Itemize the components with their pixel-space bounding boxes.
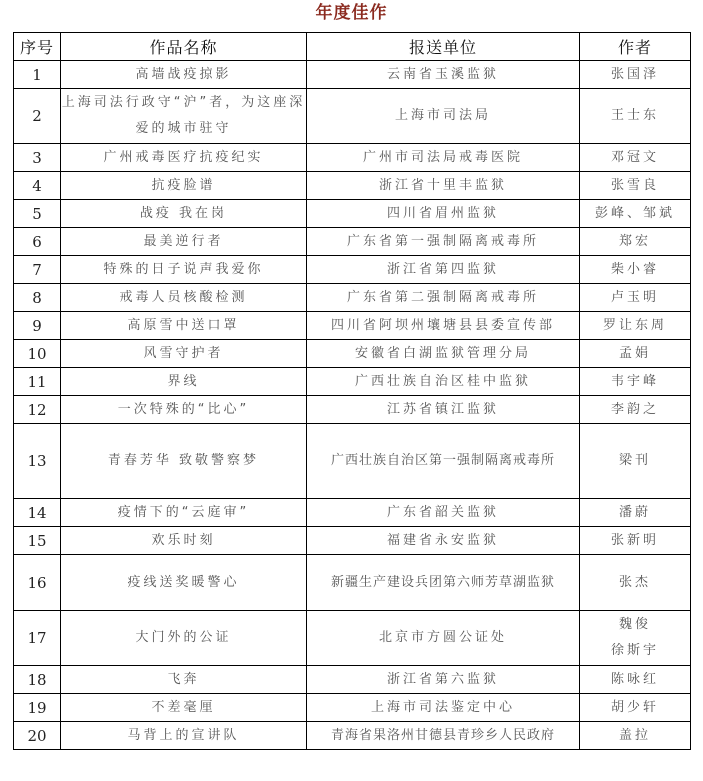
author-name-line: 魏俊 bbox=[580, 612, 690, 638]
cell-author: 李韵之 bbox=[580, 396, 691, 424]
cell-number: 7 bbox=[14, 256, 61, 284]
cell-submitting-unit: 广州市司法局戒毒医院 bbox=[307, 144, 580, 172]
cell-submitting-unit: 江苏省镇江监狱 bbox=[307, 396, 580, 424]
cell-author: 张新明 bbox=[580, 527, 691, 555]
cell-work-title: 马背上的宣讲队 bbox=[61, 722, 307, 750]
cell-submitting-unit: 青海省果洛州甘德县青珍乡人民政府 bbox=[307, 722, 580, 750]
cell-number: 13 bbox=[14, 424, 61, 499]
cell-submitting-unit: 广东省第一强制隔离戒毒所 bbox=[307, 228, 580, 256]
author-name-line: 徐斯宇 bbox=[580, 638, 690, 664]
cell-number: 12 bbox=[14, 396, 61, 424]
cell-number: 16 bbox=[14, 555, 61, 611]
cell-work-title: 戒毒人员核酸检测 bbox=[61, 284, 307, 312]
cell-number: 17 bbox=[14, 611, 61, 666]
cell-work-title: 战疫 我在岗 bbox=[61, 200, 307, 228]
header-number: 序号 bbox=[14, 33, 61, 61]
cell-work-title: 界线 bbox=[61, 368, 307, 396]
cell-work-title: 不差毫厘 bbox=[61, 694, 307, 722]
cell-submitting-unit: 浙江省第四监狱 bbox=[307, 256, 580, 284]
cell-author: 张国泽 bbox=[580, 61, 691, 89]
cell-author: 王士东 bbox=[580, 89, 691, 144]
table-row: 17大门外的公证北京市方圆公证处魏俊徐斯宇 bbox=[14, 611, 691, 666]
cell-submitting-unit: 北京市方圆公证处 bbox=[307, 611, 580, 666]
header-author: 作者 bbox=[580, 33, 691, 61]
cell-author: 陈咏红 bbox=[580, 666, 691, 694]
cell-number: 20 bbox=[14, 722, 61, 750]
cell-work-title: 疫线送奖暖警心 bbox=[61, 555, 307, 611]
cell-work-title: 疫情下的“云庭审” bbox=[61, 499, 307, 527]
cell-submitting-unit: 云南省玉溪监狱 bbox=[307, 61, 580, 89]
cell-author: 张雪良 bbox=[580, 172, 691, 200]
header-work-title: 作品名称 bbox=[61, 33, 307, 61]
cell-submitting-unit: 浙江省十里丰监狱 bbox=[307, 172, 580, 200]
table-row: 20马背上的宣讲队青海省果洛州甘德县青珍乡人民政府盖拉 bbox=[14, 722, 691, 750]
cell-work-title: 飞奔 bbox=[61, 666, 307, 694]
cell-submitting-unit: 四川省眉州监狱 bbox=[307, 200, 580, 228]
cell-number: 19 bbox=[14, 694, 61, 722]
page-title: 年度佳作 bbox=[0, 2, 703, 24]
header-submitting-unit: 报送单位 bbox=[307, 33, 580, 61]
table-row: 19不差毫厘上海市司法鉴定中心胡少轩 bbox=[14, 694, 691, 722]
cell-number: 1 bbox=[14, 61, 61, 89]
table-row: 6最美逆行者广东省第一强制隔离戒毒所郑宏 bbox=[14, 228, 691, 256]
table-body: 1高墙战疫掠影云南省玉溪监狱张国泽2上海司法行政守“沪”者，为这座深爱的城市驻守… bbox=[14, 61, 691, 750]
cell-submitting-unit: 安徽省白湖监狱管理分局 bbox=[307, 340, 580, 368]
cell-number: 9 bbox=[14, 312, 61, 340]
cell-submitting-unit: 浙江省第六监狱 bbox=[307, 666, 580, 694]
awards-table: 序号 作品名称 报送单位 作者 1高墙战疫掠影云南省玉溪监狱张国泽2上海司法行政… bbox=[13, 32, 691, 750]
cell-number: 10 bbox=[14, 340, 61, 368]
cell-number: 18 bbox=[14, 666, 61, 694]
table-row: 3广州戒毒医疗抗疫纪实广州市司法局戒毒医院邓冠文 bbox=[14, 144, 691, 172]
table-row: 5战疫 我在岗四川省眉州监狱彭峰、邹斌 bbox=[14, 200, 691, 228]
cell-submitting-unit: 广东省第二强制隔离戒毒所 bbox=[307, 284, 580, 312]
cell-submitting-unit: 广西壮族自治区第一强制隔离戒毒所 bbox=[307, 424, 580, 499]
cell-number: 5 bbox=[14, 200, 61, 228]
cell-submitting-unit: 广西壮族自治区桂中监狱 bbox=[307, 368, 580, 396]
table-row: 1高墙战疫掠影云南省玉溪监狱张国泽 bbox=[14, 61, 691, 89]
table-row: 9高原雪中送口罩四川省阿坝州壤塘县县委宣传部罗让东周 bbox=[14, 312, 691, 340]
table-row: 12一次特殊的“比心”江苏省镇江监狱李韵之 bbox=[14, 396, 691, 424]
cell-author: 郑宏 bbox=[580, 228, 691, 256]
cell-author: 胡少轩 bbox=[580, 694, 691, 722]
cell-number: 11 bbox=[14, 368, 61, 396]
cell-author: 盖拉 bbox=[580, 722, 691, 750]
cell-number: 8 bbox=[14, 284, 61, 312]
cell-number: 4 bbox=[14, 172, 61, 200]
cell-author: 罗让东周 bbox=[580, 312, 691, 340]
cell-author: 张杰 bbox=[580, 555, 691, 611]
cell-work-title: 风雪守护者 bbox=[61, 340, 307, 368]
cell-author: 孟娟 bbox=[580, 340, 691, 368]
table-row: 4抗疫脸谱浙江省十里丰监狱张雪良 bbox=[14, 172, 691, 200]
table-row: 15欢乐时刻福建省永安监狱张新明 bbox=[14, 527, 691, 555]
cell-number: 14 bbox=[14, 499, 61, 527]
cell-work-title: 特殊的日子说声我爱你 bbox=[61, 256, 307, 284]
cell-submitting-unit: 上海市司法局 bbox=[307, 89, 580, 144]
table-row: 14疫情下的“云庭审”广东省韶关监狱潘蔚 bbox=[14, 499, 691, 527]
cell-work-title: 最美逆行者 bbox=[61, 228, 307, 256]
table-row: 11界线广西壮族自治区桂中监狱韦宇峰 bbox=[14, 368, 691, 396]
cell-work-title: 上海司法行政守“沪”者，为这座深爱的城市驻守 bbox=[61, 89, 307, 144]
table-row: 2上海司法行政守“沪”者，为这座深爱的城市驻守上海市司法局王士东 bbox=[14, 89, 691, 144]
cell-author: 潘蔚 bbox=[580, 499, 691, 527]
cell-work-title: 青春芳华 致敬警察梦 bbox=[61, 424, 307, 499]
cell-submitting-unit: 福建省永安监狱 bbox=[307, 527, 580, 555]
cell-submitting-unit: 新疆生产建设兵团第六师芳草湖监狱 bbox=[307, 555, 580, 611]
cell-number: 6 bbox=[14, 228, 61, 256]
table-row: 16疫线送奖暖警心新疆生产建设兵团第六师芳草湖监狱张杰 bbox=[14, 555, 691, 611]
cell-number: 3 bbox=[14, 144, 61, 172]
cell-submitting-unit: 四川省阿坝州壤塘县县委宣传部 bbox=[307, 312, 580, 340]
cell-number: 2 bbox=[14, 89, 61, 144]
cell-author: 邓冠文 bbox=[580, 144, 691, 172]
cell-author: 卢玉明 bbox=[580, 284, 691, 312]
cell-work-title: 欢乐时刻 bbox=[61, 527, 307, 555]
cell-work-title: 高原雪中送口罩 bbox=[61, 312, 307, 340]
cell-work-title: 抗疫脸谱 bbox=[61, 172, 307, 200]
cell-author: 魏俊徐斯宇 bbox=[580, 611, 691, 666]
cell-work-title: 一次特殊的“比心” bbox=[61, 396, 307, 424]
cell-work-title: 广州戒毒医疗抗疫纪实 bbox=[61, 144, 307, 172]
cell-author: 梁刊 bbox=[580, 424, 691, 499]
table-row: 10风雪守护者安徽省白湖监狱管理分局孟娟 bbox=[14, 340, 691, 368]
table-row: 18飞奔浙江省第六监狱陈咏红 bbox=[14, 666, 691, 694]
table-row: 8戒毒人员核酸检测广东省第二强制隔离戒毒所卢玉明 bbox=[14, 284, 691, 312]
cell-submitting-unit: 上海市司法鉴定中心 bbox=[307, 694, 580, 722]
table-header-row: 序号 作品名称 报送单位 作者 bbox=[14, 33, 691, 61]
cell-work-title: 高墙战疫掠影 bbox=[61, 61, 307, 89]
cell-author: 彭峰、邹斌 bbox=[580, 200, 691, 228]
table-row: 7特殊的日子说声我爱你浙江省第四监狱柴小睿 bbox=[14, 256, 691, 284]
cell-submitting-unit: 广东省韶关监狱 bbox=[307, 499, 580, 527]
cell-author: 韦宇峰 bbox=[580, 368, 691, 396]
cell-work-title: 大门外的公证 bbox=[61, 611, 307, 666]
table-row: 13青春芳华 致敬警察梦广西壮族自治区第一强制隔离戒毒所梁刊 bbox=[14, 424, 691, 499]
cell-author: 柴小睿 bbox=[580, 256, 691, 284]
cell-number: 15 bbox=[14, 527, 61, 555]
